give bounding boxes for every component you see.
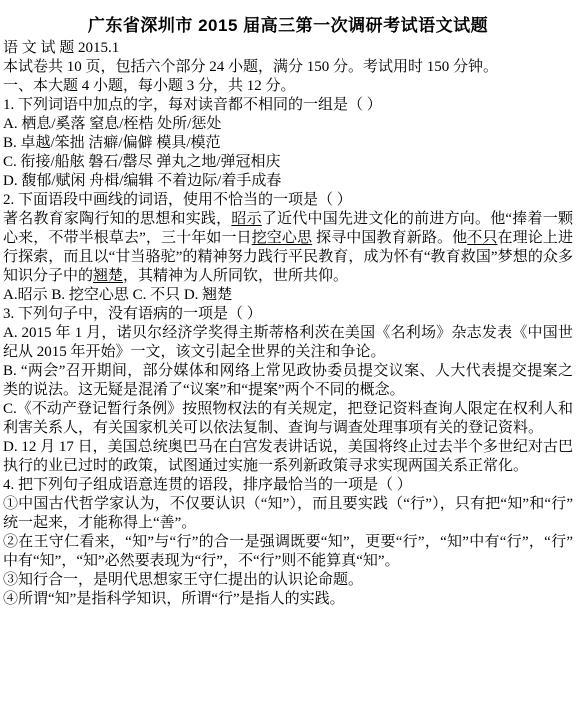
subtitle: 语 文 试 题 2015.1 (3, 39, 573, 58)
q3-option-d: D. 12 月 17 日，美国总统奥巴马在白宫发表讲话说，美国将终止过去半个多世… (3, 438, 573, 476)
text-segment: A.昭示 B. 挖空心思 C. 不只 D. 翘楚 (3, 287, 232, 303)
page-title: 广东省深圳市 2015 届高三第一次调研考试语文试题 (3, 15, 573, 37)
section-one-heading: 一、本大题 4 小题，每小题 3 分，共 12 分。 (3, 77, 573, 96)
q1-option-c: C. 衔接/船舷 磐石/罄尽 弹丸之地/弹冠相庆 (3, 153, 573, 172)
q3-stem: 3. 下列句子中，没有语病的一项是（ ） (3, 305, 573, 324)
underlined-term: 翘楚 (93, 268, 123, 284)
text-segment: ①中国古代哲学家认为，不仅要认识（“知”），而且要实践（“行”），只有把“知”和… (3, 496, 573, 531)
underlined-term: 昭示 (231, 211, 261, 227)
q2-options: A.昭示 B. 挖空心思 C. 不只 D. 翘楚 (3, 286, 573, 305)
text-segment: 语 文 试 题 2015.1 (3, 40, 119, 56)
text-segment: ④所谓“知”是指科学知识，所谓“行”是指人的实践。 (3, 591, 345, 607)
text-segment: 著名教育家陶行知的思想和实践， (3, 211, 231, 227)
underlined-term: 不只 (467, 230, 497, 246)
text-segment: 3. 下列句子中，没有语病的一项是（ ） (3, 306, 262, 322)
q4-sentence-1: ①中国古代哲学家认为，不仅要认识（“知”），而且要实践（“行”），只有把“知”和… (3, 495, 573, 533)
text-segment: C. 衔接/船舷 磐石/罄尽 弹丸之地/弹冠相庆 (3, 154, 281, 170)
text-segment: A. 2015 年 1 月，诺贝尔经济学奖得主斯蒂格利茨在美国《名利场》杂志发表… (3, 325, 573, 360)
q3-option-a: A. 2015 年 1 月，诺贝尔经济学奖得主斯蒂格利茨在美国《名利场》杂志发表… (3, 324, 573, 362)
text-segment: 2. 下面语段中画线的词语，使用不恰当的一项是（ ） (3, 192, 352, 208)
q3-option-c: C.《不动产登记暂行条例》按照物权法的有关规定，把登记资料查询人限定在权利人和利… (3, 400, 573, 438)
q4-stem: 4. 把下列句子组成语意连贯的语段，排序最恰当的一项是（ ） (3, 476, 573, 495)
exam-page: 广东省深圳市 2015 届高三第一次调研考试语文试题 语 文 试 题 2015.… (0, 0, 576, 705)
text-segment: 探寻中国教育新路。他 (312, 230, 467, 246)
text-segment: 1. 下列词语中加点的字，每对读音都不相同的一组是（ ） (3, 97, 382, 113)
q3-option-b: B. “两会”召开期间，部分媒体和网络上常见政协委员提交议案、人大代表提交提案之… (3, 362, 573, 400)
text-segment: ②在王守仁看来，“知”与“行”的合一是强调既要“知”，更要“行”，“知”中有“行… (3, 534, 573, 569)
text-segment: B. 卓越/笨拙 洁癖/偏僻 模具/模范 (3, 135, 221, 151)
q1-option-a: A. 栖息/奚落 窒息/桎梏 处所/惩处 (3, 115, 573, 134)
q1-option-b: B. 卓越/笨拙 洁癖/偏僻 模具/模范 (3, 134, 573, 153)
text-segment: B. “两会”召开期间，部分媒体和网络上常见政协委员提交议案、人大代表提交提案之… (3, 363, 573, 398)
text-segment: ，其精神为人所同钦，世所共仰。 (123, 268, 348, 284)
text-segment: D. 馥郁/赋闲 舟楫/编辑 不着边际/着手成春 (3, 173, 281, 189)
q1-option-d: D. 馥郁/赋闲 舟楫/编辑 不着边际/着手成春 (3, 172, 573, 191)
text-segment: 本试卷共 10 页，包括六个部分 24 小题，满分 150 分。考试用时 150… (3, 59, 498, 75)
document-body: 语 文 试 题 2015.1本试卷共 10 页，包括六个部分 24 小题，满分 … (3, 39, 573, 609)
text-segment: A. 栖息/奚落 窒息/桎梏 处所/惩处 (3, 116, 221, 132)
q2-stem: 2. 下面语段中画线的词语，使用不恰当的一项是（ ） (3, 191, 573, 210)
text-segment: 一、本大题 4 小题，每小题 3 分，共 12 分。 (3, 78, 296, 94)
text-segment: 4. 把下列句子组成语意连贯的语段，排序最恰当的一项是（ ） (3, 477, 412, 493)
q4-sentence-4: ④所谓“知”是指科学知识，所谓“行”是指人的实践。 (3, 590, 573, 609)
underlined-term: 挖空心思 (252, 230, 312, 246)
q4-sentence-2: ②在王守仁看来，“知”与“行”的合一是强调既要“知”，更要“行”，“知”中有“行… (3, 533, 573, 571)
q2-passage: 著名教育家陶行知的思想和实践，昭示了近代中国先进文化的前进方向。他“捧着一颗心来… (3, 210, 573, 286)
text-segment: C.《不动产登记暂行条例》按照物权法的有关规定，把登记资料查询人限定在权利人和利… (3, 401, 573, 436)
q1-stem: 1. 下列词语中加点的字，每对读音都不相同的一组是（ ） (3, 96, 573, 115)
text-segment: ③知行合一，是明代思想家王守仁提出的认识论命题。 (3, 572, 363, 588)
q4-sentence-3: ③知行合一，是明代思想家王守仁提出的认识论命题。 (3, 571, 573, 590)
text-segment: D. 12 月 17 日，美国总统奥巴马在白宫发表讲话说，美国将终止过去半个多世… (3, 439, 573, 474)
exam-info: 本试卷共 10 页，包括六个部分 24 小题，满分 150 分。考试用时 150… (3, 58, 573, 77)
